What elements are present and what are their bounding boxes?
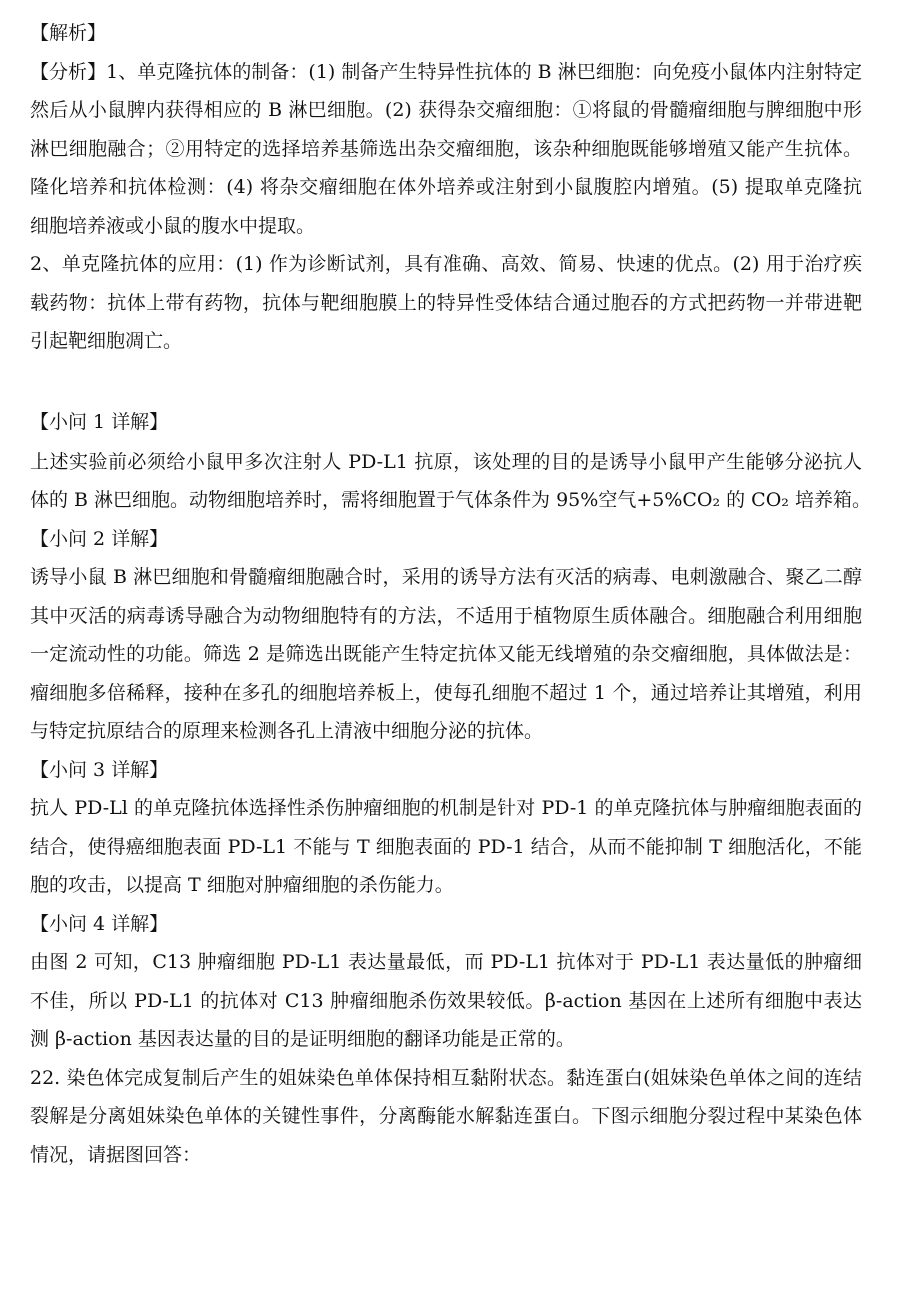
paragraph-line: 载药物：抗体上带有药物，抗体与靶细胞膜上的特异性受体结合通过胞吞的方式把药物一并…	[30, 290, 862, 316]
question-22-line: 22. 染色体完成复制后产生的姐妹染色单体保持相互黏附状态。黏连蛋白(姐妹染色单…	[30, 1065, 862, 1091]
section-heading-q3: 【小问 3 详解】	[30, 757, 168, 783]
paragraph-line: 细胞培养液或小鼠的腹水中提取。	[30, 213, 315, 239]
paragraph-line: 【分析】1、单克隆抗体的制备：(1) 制备产生特异性抗体的 B 淋巴细胞：向免疫…	[30, 59, 862, 85]
paragraph-line: 然后从小鼠脾内获得相应的 B 淋巴细胞。(2) 获得杂交瘤细胞：①将鼠的骨髓瘤细…	[30, 97, 862, 123]
section-heading-q4: 【小问 4 详解】	[30, 911, 168, 937]
section-heading-q2: 【小问 2 详解】	[30, 526, 168, 552]
paragraph-line: 引起靶细胞凋亡。	[30, 328, 182, 354]
paragraph-line: 一定流动性的功能。筛选 2 是筛选出既能产生特定抗体又能无线增殖的杂交瘤细胞，具…	[30, 641, 862, 667]
paragraph-line: 与特定抗原结合的原理来检测各孔上清液中细胞分泌的抗体。	[30, 718, 543, 744]
question-22-line: 裂解是分离姐妹染色单体的关键性事件，分离酶能水解黏连蛋白。下图示细胞分裂过程中某…	[30, 1103, 862, 1129]
paragraph-line: 结合，使得癌细胞表面 PD-L1 不能与 T 细胞表面的 PD-1 结合，从而不…	[30, 834, 862, 860]
paragraph-line: 抗人 PD-Ll 的单克隆抗体选择性杀伤肿瘤细胞的机制是针对 PD-1 的单克隆…	[30, 795, 862, 821]
question-22-line: 情况，请据图回答：	[30, 1142, 201, 1168]
section-heading-q1: 【小问 1 详解】	[30, 409, 168, 435]
paragraph-line: 上述实验前必须给小鼠甲多次注射人 PD-L1 抗原，该处理的目的是诱导小鼠甲产生…	[30, 449, 862, 475]
paragraph-line: 2、单克隆抗体的应用：(1) 作为诊断试剂，具有准确、高效、简易、快速的优点。(…	[30, 251, 862, 277]
paragraph-line: 不佳，所以 PD-L1 的抗体对 C13 肿瘤细胞杀伤效果较低。β-action…	[30, 988, 862, 1014]
paragraph-line: 隆化培养和抗体检测：(4) 将杂交瘤细胞在体外培养或注射到小鼠腹腔内增殖。(5)…	[30, 174, 862, 200]
paragraph-line: 诱导小鼠 B 淋巴细胞和骨髓瘤细胞融合时，采用的诱导方法有灭活的病毒、电刺激融合…	[30, 564, 862, 590]
paragraph-line: 胞的攻击，以提高 T 细胞对肿瘤细胞的杀伤能力。	[30, 872, 454, 898]
paragraph-line: 瘤细胞多倍稀释，接种在多孔的细胞培养板上，使每孔细胞不超过 1 个，通过培养让其…	[30, 680, 862, 706]
paragraph-line: 由图 2 可知，C13 肿瘤细胞 PD-L1 表达量最低，而 PD-L1 抗体对…	[30, 949, 862, 975]
paragraph-line: 淋巴细胞融合；②用特定的选择培养基筛选出杂交瘤细胞，该杂种细胞既能够增殖又能产生…	[30, 136, 862, 162]
paragraph-line: 其中灭活的病毒诱导融合为动物细胞特有的方法，不适用于植物原生质体融合。细胞融合利…	[30, 603, 862, 629]
paragraph-line: 体的 B 淋巴细胞。动物细胞培养时，需将细胞置于气体条件为 95%空气+5%CO…	[30, 487, 871, 513]
paragraph-line: 测 β-action 基因表达量的目的是证明细胞的翻译功能是正常的。	[30, 1026, 575, 1052]
section-heading-analysis: 【解析】	[30, 20, 106, 46]
